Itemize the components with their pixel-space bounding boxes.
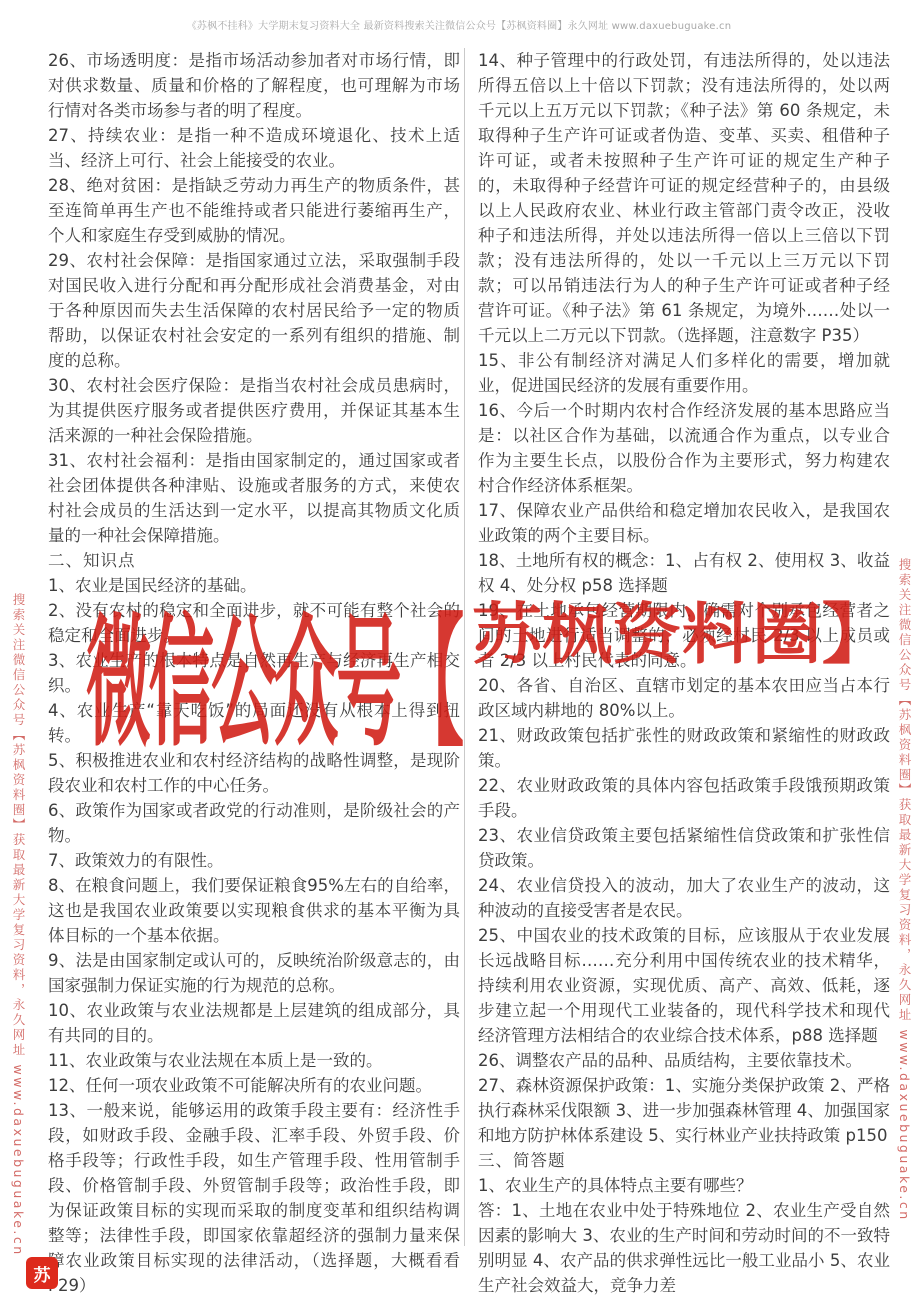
knowledge-item: 7、政策效力的有限性。	[48, 848, 460, 873]
knowledge-item: 26、调整农产品的品种、品质结构，主要依靠技术。	[478, 1048, 890, 1073]
knowledge-item: 23、农业信贷政策主要包括紧缩性信贷政策和扩张性信贷政策。	[478, 823, 890, 873]
right-vertical-watermark: 搜索关注微信公众号【苏枫资料圈】获取最新大学复习资料，永久网址 www.daxu…	[895, 558, 913, 1222]
knowledge-item: 1、农业是国民经济的基础。	[48, 573, 460, 598]
knowledge-item: 17、保障农业产品供给和稳定增加农民收入，是我国农业政策的两个主要目标。	[478, 498, 890, 548]
knowledge-item: 24、农业信贷投入的波动，加大了农业生产的波动，这种波动的直接受害者是农民。	[478, 873, 890, 923]
document-page: 《苏枫不挂科》大学期末复习资料大全 最新资料搜索关注微信公众号【苏枫资料圈】永久…	[0, 0, 918, 1298]
knowledge-item: 27、森林资源保护政策：1、实施分类保护政策 2、严格执行森林采伐限额 3、进一…	[478, 1073, 890, 1148]
glossary-item: 28、绝对贫困：是指缺乏劳动力再生产的物质条件，甚至连简单再生产也不能维持或者只…	[48, 173, 460, 248]
knowledge-item: 15、非公有制经济对满足人们多样化的需要，增加就业，促进国民经济的发展有重要作用…	[478, 348, 890, 398]
knowledge-item: 9、法是由国家制定或认可的，反映统治阶级意志的，由国家强制力保证实施的行为规范的…	[48, 948, 460, 998]
knowledge-item: 25、中国农业的技术政策的目标，应该服从于农业发展长远战略目标……充分利用中国传…	[478, 923, 890, 1048]
knowledge-item: 2、没有农村的稳定和全面进步，就不可能有整个社会的稳定和全面进步。	[48, 598, 460, 648]
knowledge-item: 5、积极推进农业和农村经济结构的战略性调整，是现阶段农业和农村工作的中心任务。	[48, 748, 460, 798]
knowledge-item: 22、农业财政政策的具体内容包括政策手段饿预期政策手段。	[478, 773, 890, 823]
left-column: 26、市场透明度：是指市场活动参加者对市场行情，即对供求数量、质量和价格的了解程…	[48, 48, 460, 1298]
knowledge-item: 19、在土地承包经营期限内，确需对个别承包经营者之间的土地进行适当调整的，必须经…	[478, 598, 890, 673]
glossary-item: 27、持续农业：是指一种不造成环境退化、技术上适当、经济上可行、社会上能接受的农…	[48, 123, 460, 173]
page-header: 《苏枫不挂科》大学期末复习资料大全 最新资料搜索关注微信公众号【苏枫资料圈】永久…	[0, 17, 918, 32]
knowledge-item: 8、在粮食问题上，我们要保证粮食95%左右的自给率，这也是我国农业政策要以实现粮…	[48, 873, 460, 948]
knowledge-item: 20、各省、自治区、直辖市划定的基本农田应当占本行政区域内耕地的 80%以上。	[478, 673, 890, 723]
knowledge-item: 10、农业政策与农业法规都是上层建筑的组成部分，具有共同的目的。	[48, 998, 460, 1048]
glossary-item: 30、农村社会医疗保险：是指当农村社会成员患病时，为其提供医疗服务或者提供医疗费…	[48, 373, 460, 448]
knowledge-item: 4、农业生产“靠天吃饭”的局面还没有从根本上得到扭转。	[48, 698, 460, 748]
question-item: 1、农业生产的具体特点主要有哪些？	[478, 1173, 890, 1198]
knowledge-item: 13、一般来说，能够运用的政策手段主要有：经济性手段，如财政手段、金融手段、汇率…	[48, 1098, 460, 1298]
column-divider	[464, 48, 465, 1246]
right-column: 14、种子管理中的行政处罚，有违法所得的，处以违法所得五倍以上十倍以下罚款；没有…	[478, 48, 890, 1298]
glossary-item: 26、市场透明度：是指市场活动参加者对市场行情，即对供求数量、质量和价格的了解程…	[48, 48, 460, 123]
knowledge-item: 18、土地所有权的概念：1、占有权 2、使用权 3、收益权 4、处分权 p58 …	[478, 548, 890, 598]
knowledge-item: 12、任何一项农业政策不可能解决所有的农业问题。	[48, 1073, 460, 1098]
site-logo-icon: 苏	[26, 1257, 58, 1289]
section-heading-knowledge-points: 二、知识点	[48, 548, 460, 573]
knowledge-item: 3、农业生产的根本特点是自然再生产与经济再生产相交织。	[48, 648, 460, 698]
knowledge-item: 21、财政政策包括扩张性的财政政策和紧缩性的财政政策。	[478, 723, 890, 773]
glossary-item: 29、农村社会保障：是指国家通过立法，采取强制手段对国民收入进行分配和再分配形成…	[48, 248, 460, 373]
left-vertical-watermark: 搜索关注微信公众号【苏枫资料圈】获取最新大学复习资料，永久网址 www.daxu…	[9, 593, 27, 1257]
answer-item: 答：1、土地在农业中处于特殊地位 2、农业生产受自然因素的影响大 3、农业的生产…	[478, 1198, 890, 1298]
knowledge-item: 14、种子管理中的行政处罚，有违法所得的，处以违法所得五倍以上十倍以下罚款；没有…	[478, 48, 890, 348]
knowledge-item: 11、农业政策与农业法规在本质上是一致的。	[48, 1048, 460, 1073]
knowledge-item: 16、今后一个时期内农村合作经济发展的基本思路应当是：以社区合作为基础，以流通合…	[478, 398, 890, 498]
knowledge-item: 6、政策作为国家或者政党的行动准则，是阶级社会的产物。	[48, 798, 460, 848]
glossary-item: 31、农村社会福利：是指由国家制定的，通过国家或者社会团体提供各种津贴、设施或者…	[48, 448, 460, 548]
section-heading-short-answer: 三、简答题	[478, 1148, 890, 1173]
